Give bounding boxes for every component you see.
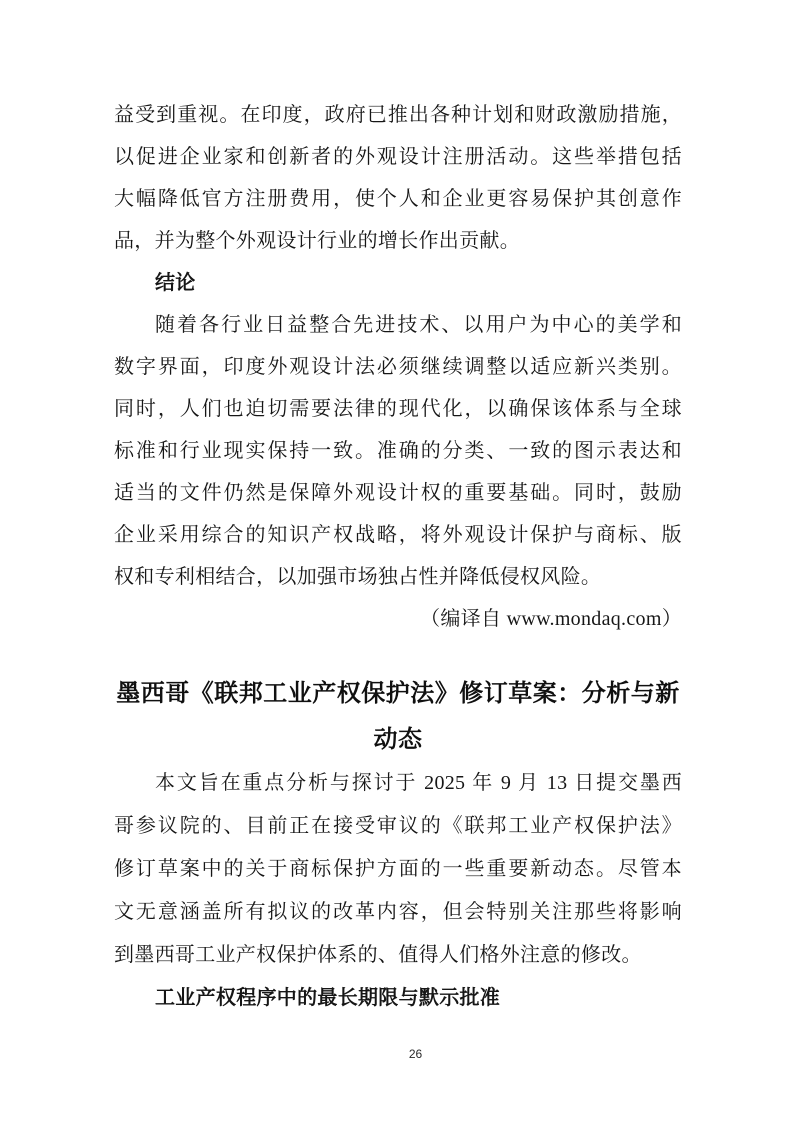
source-attribution: （编译自 www.mondaq.com） xyxy=(114,598,682,640)
body-text-line: 权和专利相结合，以加强市场独占性并降低侵权风险。 xyxy=(114,556,682,598)
body-text-line: 以促进企业家和创新者的外观设计注册活动。这些举措包括 xyxy=(114,136,682,178)
body-text-line: 标准和行业现实保持一致。准确的分类、一致的图示表达和 xyxy=(114,430,682,472)
body-text-line: 适当的文件仍然是保障外观设计权的重要基础。同时，鼓励 xyxy=(114,472,682,514)
conclusion-heading: 结论 xyxy=(114,262,682,304)
body-text-line: 本文旨在重点分析与探讨于 2025 年 9 月 13 日提交墨西 xyxy=(114,762,682,805)
body-text-line: 数字界面，印度外观设计法必须继续调整以适应新兴类别。 xyxy=(114,346,682,388)
section-subheading: 工业产权程序中的最长期限与默示批准 xyxy=(114,977,682,1020)
body-text-line: 修订草案中的关于商标保护方面的一些重要新动态。尽管本 xyxy=(114,848,682,891)
article-title-line2: 动态 xyxy=(114,717,682,763)
article-title: 墨西哥《联邦工业产权保护法》修订草案：分析与新 动态 xyxy=(114,671,682,763)
article-title-line1: 墨西哥《联邦工业产权保护法》修订草案：分析与新 xyxy=(114,671,682,717)
page-number: 26 xyxy=(0,1047,793,1061)
body-text-line: 到墨西哥工业产权保护体系的、值得人们格外注意的修改。 xyxy=(114,934,682,977)
body-text-line: 品，并为整个外观设计行业的增长作出贡献。 xyxy=(114,220,682,262)
document-page: 益受到重视。在印度，政府已推出各种计划和财政激励措施， 以促进企业家和创新者的外… xyxy=(0,0,793,1122)
article-mexico-body: 本文旨在重点分析与探讨于 2025 年 9 月 13 日提交墨西 哥参议院的、目… xyxy=(114,762,682,1020)
article-india-body: 益受到重视。在印度，政府已推出各种计划和财政激励措施， 以促进企业家和创新者的外… xyxy=(114,94,682,640)
body-text-line: 企业采用综合的知识产权战略，将外观设计保护与商标、版 xyxy=(114,514,682,556)
body-text-line: 随着各行业日益整合先进技术、以用户为中心的美学和 xyxy=(114,304,682,346)
body-text-line: 文无意涵盖所有拟议的改革内容，但会特别关注那些将影响 xyxy=(114,891,682,934)
body-text-line: 益受到重视。在印度，政府已推出各种计划和财政激励措施， xyxy=(114,94,682,136)
body-text-line: 大幅降低官方注册费用，使个人和企业更容易保护其创意作 xyxy=(114,178,682,220)
body-text-line: 哥参议院的、目前正在接受审议的《联邦工业产权保护法》 xyxy=(114,805,682,848)
body-text-line: 同时，人们也迫切需要法律的现代化，以确保该体系与全球 xyxy=(114,388,682,430)
